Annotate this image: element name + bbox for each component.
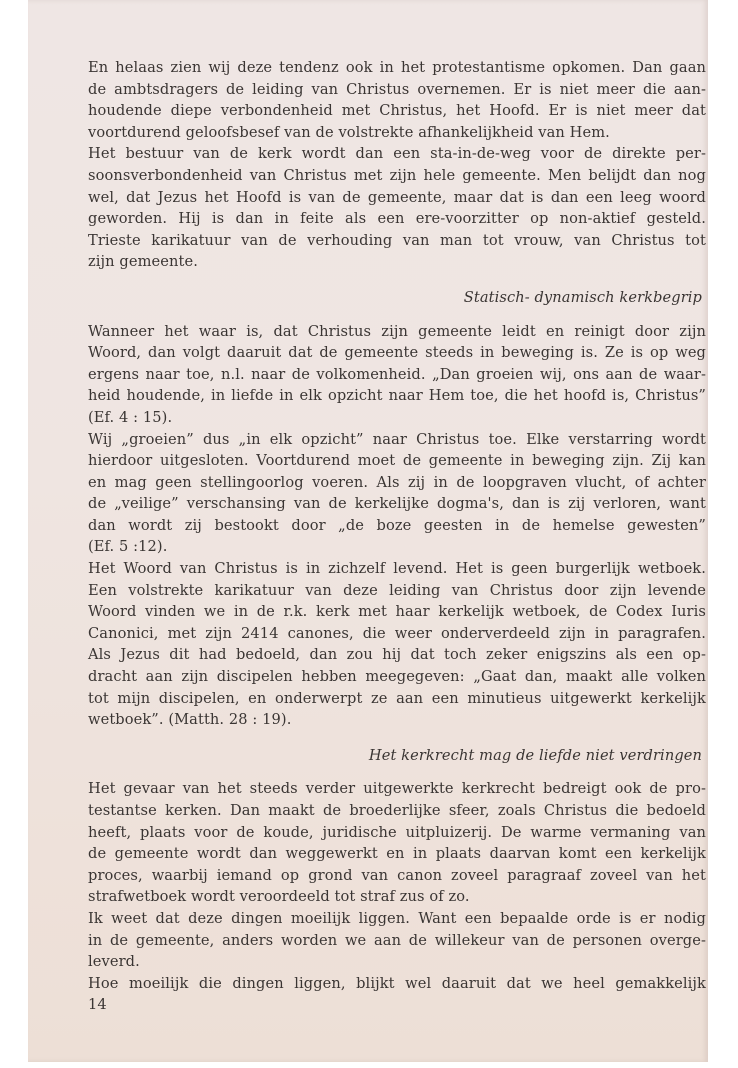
text-line: Een volstrekte karikatuur van deze leidi… bbox=[88, 580, 706, 602]
text-line: zijn gemeente. bbox=[88, 251, 706, 273]
text-line: soonsverbondenheid van Christus met zijn… bbox=[88, 165, 706, 187]
text-line: geworden. Hij is dan in feite als een er… bbox=[88, 208, 706, 230]
section-heading: Het kerkrecht mag de liefde niet verdrin… bbox=[88, 745, 706, 767]
text-line: Als Jezus dit had bedoeld, dan zou hij d… bbox=[88, 644, 706, 666]
text-line: hierdoor uitgesloten. Voortdurend moet d… bbox=[88, 450, 706, 472]
text-line: Woord, dan volgt daaruit dat de gemeente… bbox=[88, 342, 706, 364]
text-line: Het bestuur van de kerk wordt dan een st… bbox=[88, 143, 706, 165]
text-line: houdende diepe verbondenheid met Christu… bbox=[88, 100, 706, 122]
text-line: wetboek”. (Matth. 28 : 19). bbox=[88, 709, 706, 731]
text-line: dan wordt zij bestookt door „de boze gee… bbox=[88, 515, 706, 537]
text-line: Het Woord van Christus is in zichzelf le… bbox=[88, 558, 706, 580]
text-line: voortdurend geloofsbesef van de volstrek… bbox=[88, 122, 706, 144]
text-line: Trieste karikatuur van de verhouding van… bbox=[88, 230, 706, 252]
text-line: Wanneer het waar is, dat Christus zijn g… bbox=[88, 321, 706, 343]
text-line: (Ef. 4 : 15). bbox=[88, 407, 706, 429]
page-number: 14 bbox=[88, 994, 706, 1016]
text-line: leverd. bbox=[88, 951, 706, 973]
text-line: proces, waarbij iemand op grond van cano… bbox=[88, 865, 706, 887]
text-line: tot mijn discipelen, en onderwerpt ze aa… bbox=[88, 688, 706, 710]
text-line: de ambtsdragers de leiding van Christus … bbox=[88, 79, 706, 101]
text-line: ergens naar toe, n.l. naar de volkomenhe… bbox=[88, 364, 706, 386]
text-line: Canonici, met zijn 2414 canones, die wee… bbox=[88, 623, 706, 645]
text-line: dracht aan zijn discipelen hebben meegeg… bbox=[88, 666, 706, 688]
text-line: heeft, plaats voor de koude, juridische … bbox=[88, 822, 706, 844]
section-heading: Statisch- dynamisch kerkbegrip bbox=[88, 287, 706, 309]
text-line: (Ef. 5 :12). bbox=[88, 536, 706, 558]
text-line: strafwetboek wordt veroordeeld tot straf… bbox=[88, 886, 706, 908]
text-line: Woord vinden we in de r.k. kerk met haar… bbox=[88, 601, 706, 623]
text-line: wel, dat Jezus het Hoofd is van de gemee… bbox=[88, 187, 706, 209]
text-line: de gemeente wordt dan weggewerkt en in p… bbox=[88, 843, 706, 865]
text-line: heid houdende, in liefde in elk opzicht … bbox=[88, 385, 706, 407]
text-line: in de gemeente, anders worden we aan de … bbox=[88, 930, 706, 952]
text-line: En helaas zien wij deze tendenz ook in h… bbox=[88, 57, 706, 79]
page-body: En helaas zien wij deze tendenz ook in h… bbox=[88, 57, 706, 1016]
text-line: Het gevaar van het steeds verder uitgewe… bbox=[88, 778, 706, 800]
text-line: Wij „groeien” dus „in elk opzicht” naar … bbox=[88, 429, 706, 451]
book-page: En helaas zien wij deze tendenz ook in h… bbox=[28, 0, 708, 1062]
text-line: testantse kerken. Dan maakt de broederli… bbox=[88, 800, 706, 822]
text-line: en mag geen stellingoorlog voeren. Als z… bbox=[88, 472, 706, 494]
text-line: Hoe moeilijk die dingen liggen, blijkt w… bbox=[88, 973, 706, 995]
text-line: Ik weet dat deze dingen moeilijk liggen.… bbox=[88, 908, 706, 930]
text-line: de „veilige” verschansing van de kerkeli… bbox=[88, 493, 706, 515]
